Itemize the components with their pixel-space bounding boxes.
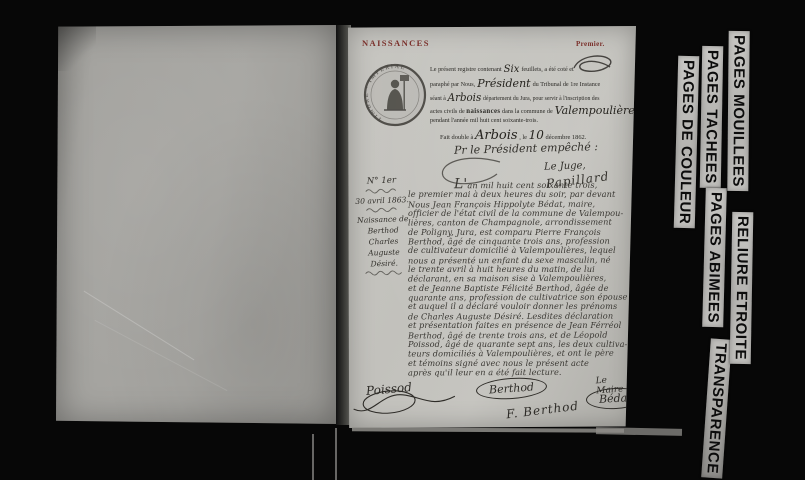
- printed-text: département du Jura, pour servir à l'ins…: [483, 95, 599, 102]
- act-line: nous a présenté un enfant du sexe mascul…: [408, 255, 630, 265]
- folio-number: Premier.: [576, 40, 605, 48]
- act-line: Nous Jean François Hippolyte Bédat, mair…: [408, 199, 630, 209]
- mayor-signature: Bédat: [585, 386, 636, 410]
- handwritten-fill: Six: [504, 64, 520, 75]
- left-blank-page: [56, 25, 338, 424]
- condition-label-reliure-etroite: RELIURE ETROITE: [730, 212, 754, 364]
- signature-name: Bédat: [585, 386, 636, 410]
- handwritten-fill: Arbois: [448, 91, 482, 104]
- act-line: L'an mil huit cent soixante trois,: [408, 180, 630, 191]
- printed-text: Fait double à: [440, 134, 473, 141]
- act-line: de Charles Auguste Désiré. Lesdites décl…: [408, 311, 630, 321]
- page-title: NAISSANCES: [362, 38, 430, 48]
- printed-text: feuillets, a été coté et: [521, 66, 573, 73]
- handwritten-day: 10: [529, 128, 544, 142]
- timbre-imperial-stamp: TIMBRE · IMPERIAL: [362, 62, 428, 128]
- printed-bold-word: naissances: [466, 108, 500, 115]
- pen-squiggle: [365, 269, 405, 276]
- preamble-line: paraphé par Nous,Présidentdu Tribunal de…: [430, 76, 630, 89]
- condition-label-pages-abimees: PAGES ABIMEES: [702, 188, 727, 328]
- act-line: déclarant, en sa maison sise à Valempoul…: [408, 274, 630, 284]
- pen-squiggle: [365, 187, 399, 194]
- condition-label-pages-tachees: PAGES TACHEES: [700, 46, 723, 188]
- witness-signature: Poissod: [365, 380, 412, 398]
- page-stack-edge: [596, 427, 682, 436]
- act-line: lières, canton de Champagnole, arrondiss…: [408, 218, 630, 228]
- printed-text: du Tribunal de 1re Instance: [533, 81, 601, 88]
- page-edge-line: [312, 434, 314, 480]
- margin-title-line: Auguste Désiré.: [357, 246, 412, 270]
- scratch-mark: [95, 320, 228, 391]
- printed-text: , le: [519, 134, 527, 141]
- preamble-line: Le présent registre contenantSixfeuillet…: [430, 63, 630, 76]
- act-line: Berthod, âgé de cinquante trois ans, pro…: [408, 237, 630, 247]
- condition-label-pages-de-couleur: PAGES DE COULEUR: [674, 56, 700, 229]
- condition-label-pages-mouillees: PAGES MOUILLEES: [727, 31, 749, 191]
- printed-text: dans la commune de: [502, 108, 553, 115]
- printed-text: actes civils de: [430, 108, 465, 115]
- margin-annotation: N° 1er 30 avril 1863. Naissance de Berth…: [354, 175, 411, 278]
- father-signature: Berthod: [475, 376, 547, 402]
- handwritten-place: Arbois: [475, 128, 518, 143]
- page-stack-edge: [352, 427, 624, 432]
- preamble-line: séant àArboisdépartement du Jura, pour s…: [430, 90, 616, 103]
- le-juge-label: Le Juge,: [544, 160, 586, 172]
- printed-text: Le présent registre contenant: [430, 66, 502, 73]
- page-corner-shadow: [56, 25, 96, 71]
- photographed-register-scan: { "colors":{"title_red":"#7a2f2a","ink":…: [0, 0, 805, 480]
- printed-text: paraphé par Nous,: [430, 81, 475, 88]
- signature-name: Berthod: [475, 376, 547, 402]
- printed-text: séant à: [430, 95, 446, 102]
- printed-preamble: Le présent registre contenantSixfeuillet…: [430, 63, 630, 130]
- register-act-page: NAISSANCES Premier. TIMBRE · IMPERIAL Le…: [348, 26, 636, 428]
- act-number: N° 1er: [354, 175, 408, 188]
- scratch-mark: [84, 291, 195, 361]
- handwritten-fill: Président: [477, 77, 530, 90]
- preamble-line: actes civils de naissances dans la commu…: [430, 103, 630, 116]
- act-line: quarante ans, profession de cultivatrice…: [408, 293, 630, 303]
- act-body: L'an mil huit cent soixante trois, le pr…: [408, 180, 630, 377]
- act-line: Berthod, âgé de trente trois ans, et de …: [408, 330, 630, 340]
- witness-signature: F. Berthod: [505, 399, 579, 422]
- pen-squiggle: [365, 206, 399, 213]
- page-edge-line: [335, 428, 337, 480]
- act-line: teurs domiciliés à Valempoulières, et on…: [408, 349, 630, 359]
- condition-label-transparence: TRANSPARENCE: [701, 338, 732, 478]
- margin-title-line: Berthod Charles: [356, 224, 411, 248]
- act-date: 30 avril 1863.: [355, 194, 409, 207]
- handwritten-fill: Valempoulières: [555, 104, 636, 117]
